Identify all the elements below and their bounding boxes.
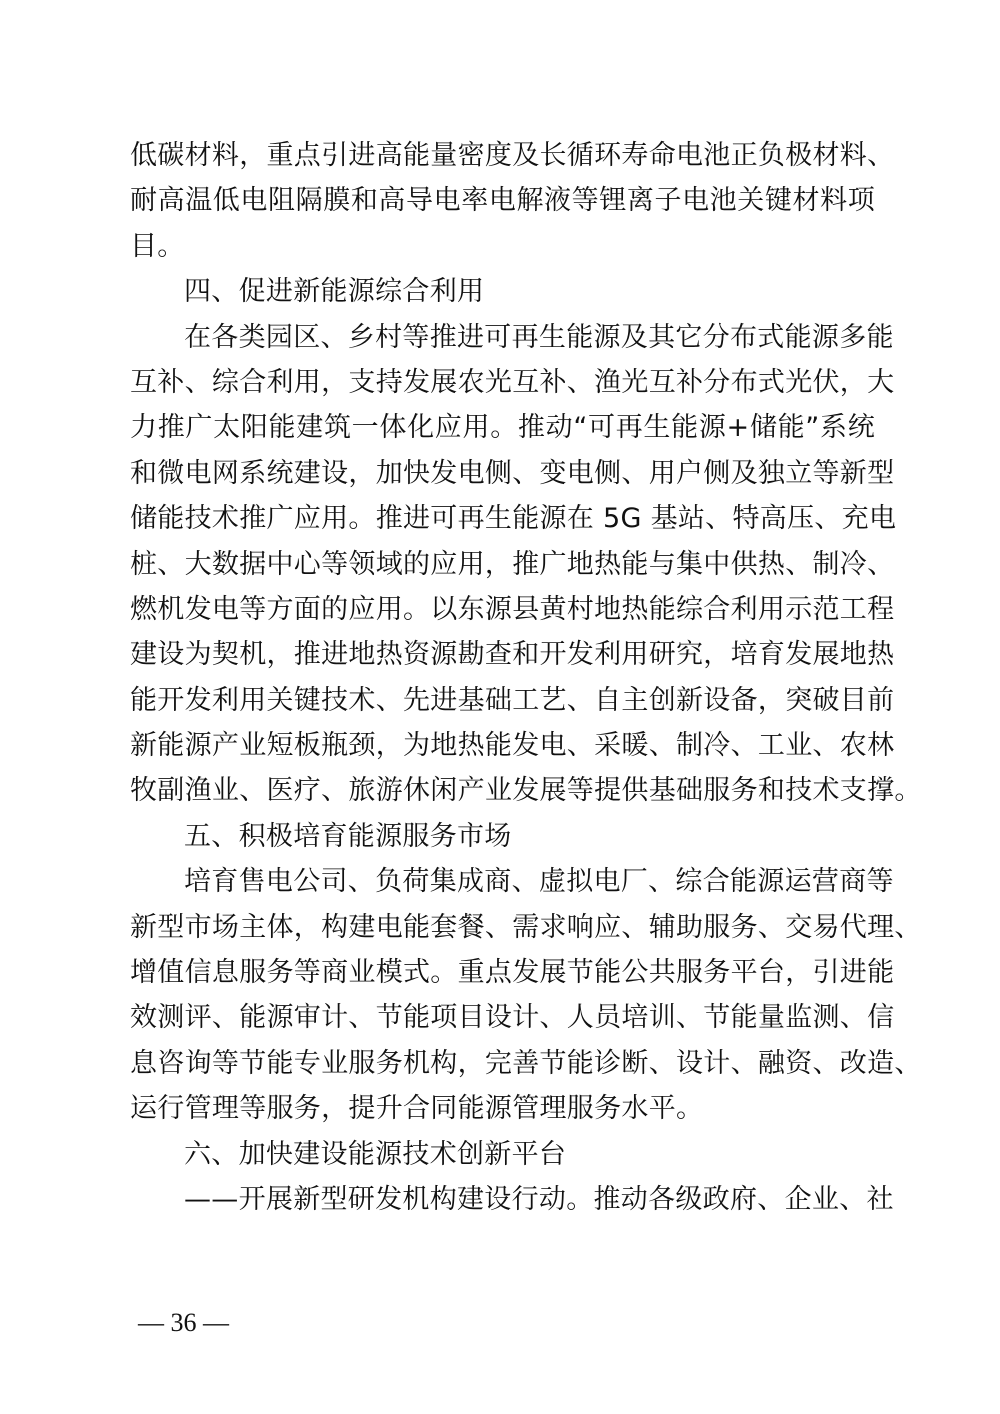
text-line: 互补、综合利用，支持发展农光互补、渔光互补分布式光伏，大	[130, 360, 875, 405]
text-line: 培育售电公司、负荷集成商、虚拟电厂、综合能源运营商等	[130, 859, 875, 904]
text-line: 牧副渔业、医疗、旅游休闲产业发展等提供基础服务和技术支撑。	[130, 768, 875, 813]
text-line: 低碳材料，重点引进高能量密度及长循环寿命电池正负极材料、	[130, 133, 875, 178]
text-line: 息咨询等节能专业服务机构，完善节能诊断、设计、融资、改造、	[130, 1041, 875, 1086]
text-line: 能开发利用关键技术、先进基础工艺、自主创新设备，突破目前	[130, 678, 875, 723]
text-line: 和微电网系统建设，加快发电侧、变电侧、用户侧及独立等新型	[130, 451, 875, 496]
text-line: 桩、大数据中心等领域的应用，推广地热能与集中供热、制冷、	[130, 542, 875, 587]
page-number: — 36 —	[138, 1308, 229, 1338]
text-line: 燃机发电等方面的应用。以东源县黄村地热能综合利用示范工程	[130, 587, 875, 632]
text-line: 力推广太阳能建筑一体化应用。推动“可再生能源+储能”系统	[130, 405, 875, 450]
body-text: 低碳材料，重点引进高能量密度及长循环寿命电池正负极材料、 耐高温低电阻隔膜和高导…	[130, 133, 875, 1222]
section-heading-6: 六、加快建设能源技术创新平台	[130, 1132, 875, 1177]
text-line: 在各类园区、乡村等推进可再生能源及其它分布式能源多能	[130, 315, 875, 360]
section-heading-4: 四、促进新能源综合利用	[130, 269, 875, 314]
text-line: 耐高温低电阻隔膜和高导电率电解液等锂离子电池关键材料项	[130, 178, 875, 223]
text-line: 增值信息服务等商业模式。重点发展节能公共服务平台，引进能	[130, 950, 875, 995]
text-line: 新能源产业短板瓶颈，为地热能发电、采暖、制冷、工业、农林	[130, 723, 875, 768]
text-line: 新型市场主体，构建电能套餐、需求响应、辅助服务、交易代理、	[130, 905, 875, 950]
text-line: 储能技术推广应用。推进可再生能源在 5G 基站、特高压、充电	[130, 496, 875, 541]
text-line: ——开展新型研发机构建设行动。推动各级政府、企业、社	[130, 1177, 875, 1222]
text-line: 建设为契机，推进地热资源勘查和开发利用研究，培育发展地热	[130, 632, 875, 677]
text-line: 效测评、能源审计、节能项目设计、人员培训、节能量监测、信	[130, 995, 875, 1040]
section-heading-5: 五、积极培育能源服务市场	[130, 814, 875, 859]
text-line: 目。	[130, 224, 875, 269]
text-line: 运行管理等服务，提升合同能源管理服务水平。	[130, 1086, 875, 1131]
document-page: 低碳材料，重点引进高能量密度及长循环寿命电池正负极材料、 耐高温低电阻隔膜和高导…	[0, 0, 1000, 1414]
